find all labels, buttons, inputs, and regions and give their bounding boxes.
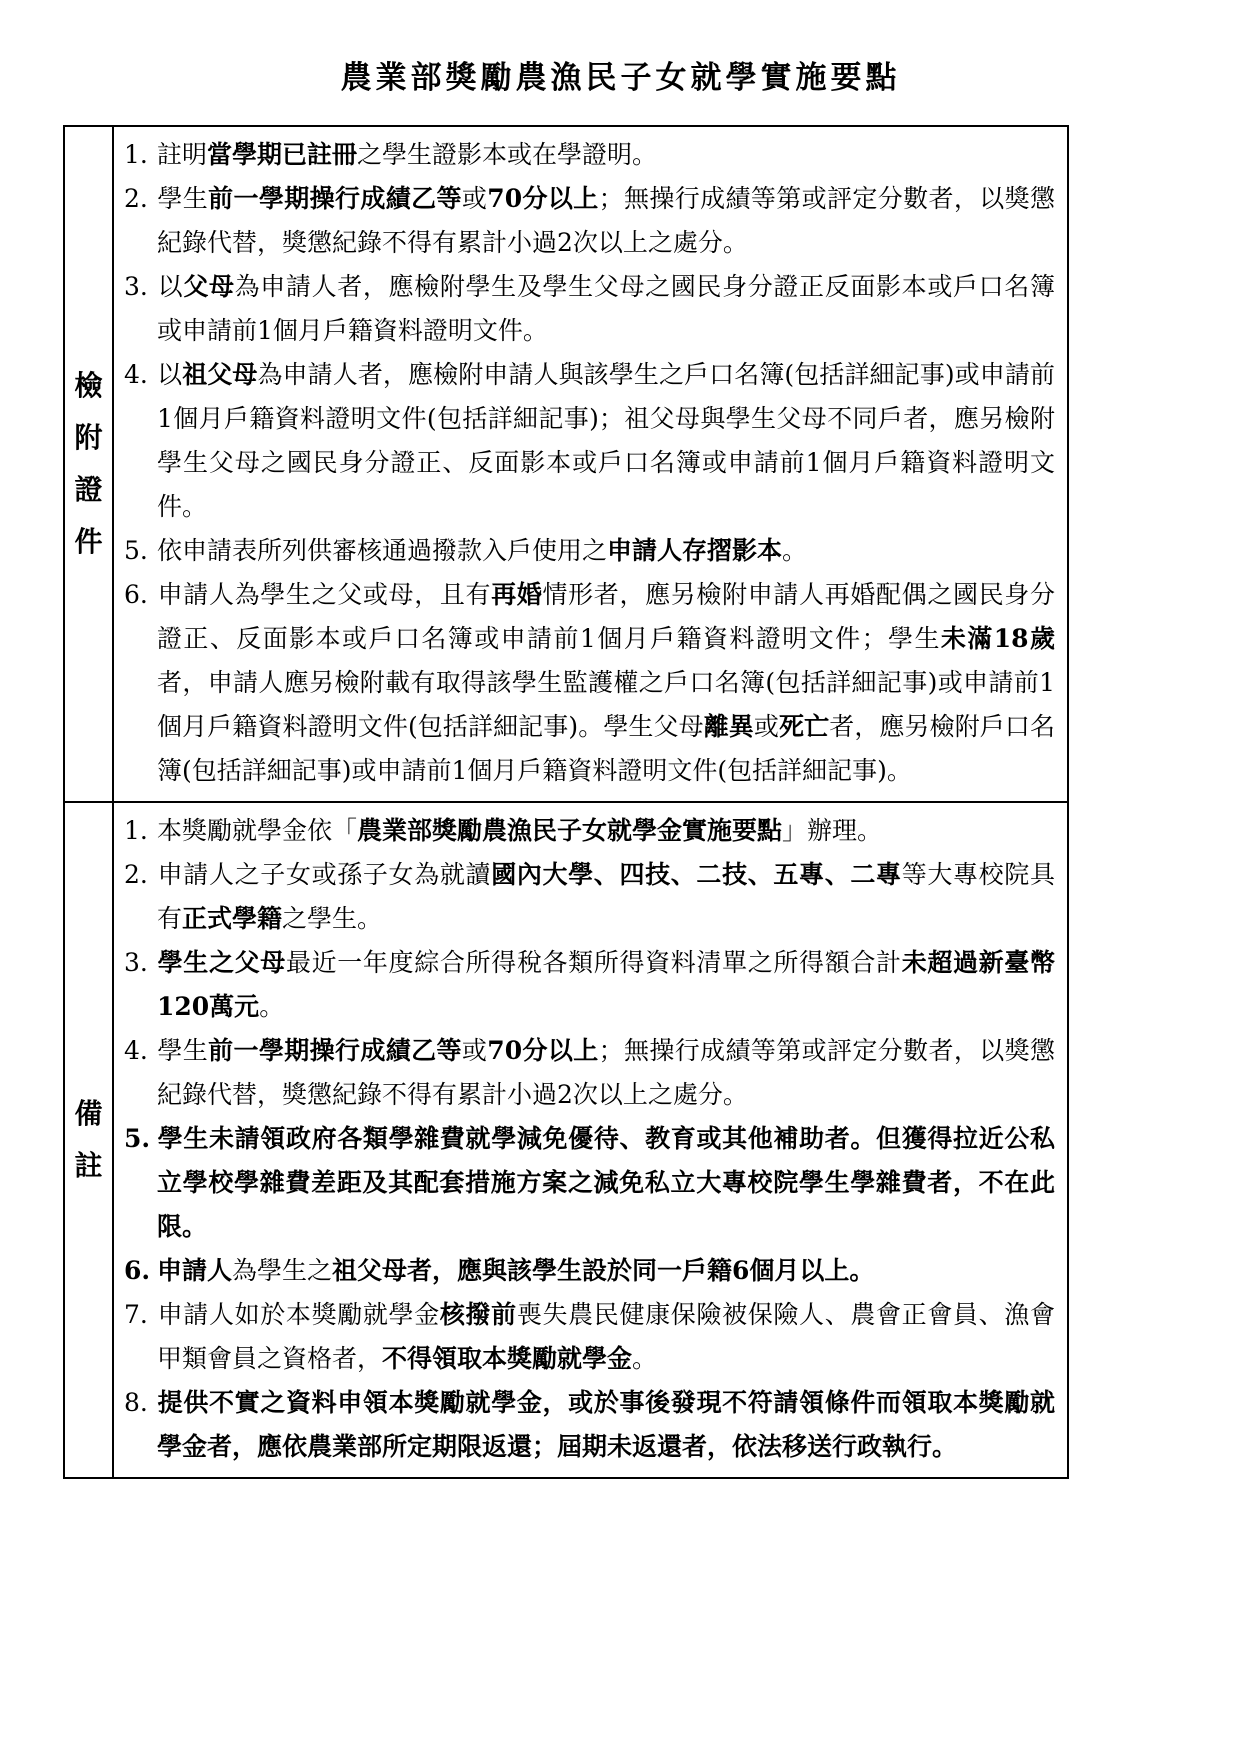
item-text-segment: 本獎勵就學金依「 [157,816,357,845]
section-remarks: 備註 1.本獎勵就學金依「農業部獎勵農漁民子女就學金實施要點」辦理。2.申請人之… [65,801,1067,1477]
list-item: 2.學生前一學期操行成績乙等或70分以上；無操行成績等第或評定分數者，以獎懲紀錄… [124,177,1055,265]
item-text-segment: 正式學籍 [182,904,282,933]
item-number: 1. [124,133,157,177]
document-title: 農業部獎勵農漁民子女就學實施要點 [0,0,1241,97]
item-text-segment: 學生 [157,1036,208,1065]
item-text-segment: 或 [462,184,487,213]
item-text-segment: 再婚 [491,580,542,609]
item-number: 5. [124,529,157,573]
item-number: 4. [124,353,157,397]
item-text-segment: 國內大學、四技、二技、五專、二專 [491,860,902,889]
list-item: 2.申請人之子女或孫子女為就讀國內大學、四技、二技、五專、二專等大專校院具有正式… [124,853,1055,941]
item-text-segment: 當學期已註冊 [207,140,357,169]
item-number: 2. [124,177,157,221]
item-text-segment: 農業部獎勵農漁民子女就學金實施要點 [357,816,782,845]
list-item: 4.以祖父母為申請人者，應檢附申請人與該學生之戶口名簿(包括詳細記事)或申請前1… [124,353,1055,529]
item-text-segment: 申請人存摺影本 [607,536,782,565]
item-text-segment: 為申請人者，應檢附申請人與該學生之戶口名簿(包括詳細記事)或申請前1個月戶籍資料… [157,360,1055,521]
list-item: 1.本獎勵就學金依「農業部獎勵農漁民子女就學金實施要點」辦理。 [124,809,1055,853]
item-number: 3. [124,941,157,985]
list-item: 8.提供不實之資料申領本獎勵就學金，或於事後發現不符請領條件而領取本獎勵就學金者… [124,1381,1055,1469]
item-text-segment: 。 [782,536,807,565]
item-text-segment: 祖父母者，應與該學生設於同一戶籍6個月以上。 [332,1256,874,1285]
item-text-segment: 以 [157,272,183,301]
item-number: 8. [124,1381,157,1425]
item-text-segment: 或 [462,1036,487,1065]
item-text-segment: 70分以上 [487,184,598,213]
item-text-segment: 為申請人者，應檢附學生及學生父母之國民身分證正反面影本或戶口名簿或申請前1個月戶… [157,272,1055,345]
item-text-segment: 最近一年度綜合所得稅各類所得資料清單之所得額合計 [286,948,902,977]
requirements-table: 檢附證件 1.註明當學期已註冊之學生證影本或在學證明。2.學生前一學期操行成績乙… [63,125,1069,1479]
item-text-segment: 學生 [157,184,208,213]
list-item: 3.以父母為申請人者，應檢附學生及學生父母之國民身分證正反面影本或戶口名簿或申請… [124,265,1055,353]
document-page: 農業部獎勵農漁民子女就學實施要點 檢附證件 1.註明當學期已註冊之學生證影本或在… [0,0,1241,97]
item-number: 6. [124,1249,157,1293]
item-text-segment: 前一學期操行成績乙等 [208,1036,462,1065]
item-text-segment: 或 [754,712,779,741]
item-text-segment: 。 [632,1344,657,1373]
item-text-segment: 提供不實之資料申領本獎勵就學金，或於事後發現不符請領條件而領取本獎勵就學金者，應… [157,1388,1055,1461]
item-text-segment: 為學生之 [232,1256,332,1285]
item-text-segment: 。 [259,992,284,1021]
item-text-segment: 申請人 [157,1256,232,1285]
item-number: 5. [124,1117,157,1161]
list-item: 6.申請人為學生之父或母，且有再婚情形者，應另檢附申請人再婚配偶之國民身分證正、… [124,573,1055,793]
item-text-segment: 死亡 [779,712,829,741]
section-header-attached-documents: 檢附證件 [74,360,103,568]
list-item: 5.學生未請領政府各類學雜費就學減免優待、教育或其他補助者。但獲得拉近公私立學校… [124,1117,1055,1249]
list-item: 6.申請人為學生之祖父母者，應與該學生設於同一戶籍6個月以上。 [124,1249,1055,1293]
section-content-attached-documents: 1.註明當學期已註冊之學生證影本或在學證明。2.學生前一學期操行成績乙等或70分… [114,127,1067,801]
item-text-segment: 學生未請領政府各類學雜費就學減免優待、教育或其他補助者。但獲得拉近公私立學校學雜… [157,1124,1055,1241]
item-text-segment: 之學生證影本或在學證明。 [357,140,657,169]
item-text-segment: 父母 [183,272,234,301]
item-text-segment: 之學生。 [282,904,382,933]
item-text-segment: 」辦理。 [782,816,882,845]
item-text-segment: 離異 [704,712,754,741]
item-number: 3. [124,265,157,309]
item-number: 2. [124,853,157,897]
item-text-segment: 前一學期操行成績乙等 [208,184,462,213]
item-text-segment: 註明 [157,140,207,169]
list-item: 7.申請人如於本獎勵就學金核撥前喪失農民健康保險被保險人、農會正會員、漁會甲類會… [124,1293,1055,1381]
item-text-segment: 申請人之子女或孫子女為就讀 [157,860,491,889]
item-text-segment: 核撥前 [440,1300,517,1329]
list-item: 3.學生之父母最近一年度綜合所得稅各類所得資料清單之所得額合計未超過新臺幣120… [124,941,1055,1029]
item-number: 1. [124,809,157,853]
item-number: 7. [124,1293,157,1337]
item-text-segment: 不得領取本獎勵就學金 [382,1344,632,1373]
section-attached-documents: 檢附證件 1.註明當學期已註冊之學生證影本或在學證明。2.學生前一學期操行成績乙… [65,127,1067,801]
item-number: 6. [124,573,157,617]
list-item: 1.註明當學期已註冊之學生證影本或在學證明。 [124,133,1055,177]
item-text-segment: 申請人為學生之父或母，且有 [157,580,491,609]
item-number: 4. [124,1029,157,1073]
item-text-segment: 申請人如於本獎勵就學金 [157,1300,440,1329]
item-text-segment: 以 [157,360,182,389]
section-header-cell: 檢附證件 [65,127,114,801]
list-item: 4.學生前一學期操行成績乙等或70分以上；無操行成績等第或評定分數者，以獎懲紀錄… [124,1029,1055,1117]
section-header-cell: 備註 [65,803,114,1477]
list-item: 5.依申請表所列供審核通過撥款入戶使用之申請人存摺影本。 [124,529,1055,573]
section-header-remarks: 備註 [74,1088,103,1192]
item-text-segment: 祖父母 [182,360,257,389]
item-text-segment: 依申請表所列供審核通過撥款入戶使用之 [157,536,607,565]
item-text-segment: 學生之父母 [157,948,286,977]
item-text-segment: 70分以上 [487,1036,598,1065]
item-text-segment: 未滿18歲 [941,624,1055,653]
section-content-remarks: 1.本獎勵就學金依「農業部獎勵農漁民子女就學金實施要點」辦理。2.申請人之子女或… [114,803,1067,1477]
